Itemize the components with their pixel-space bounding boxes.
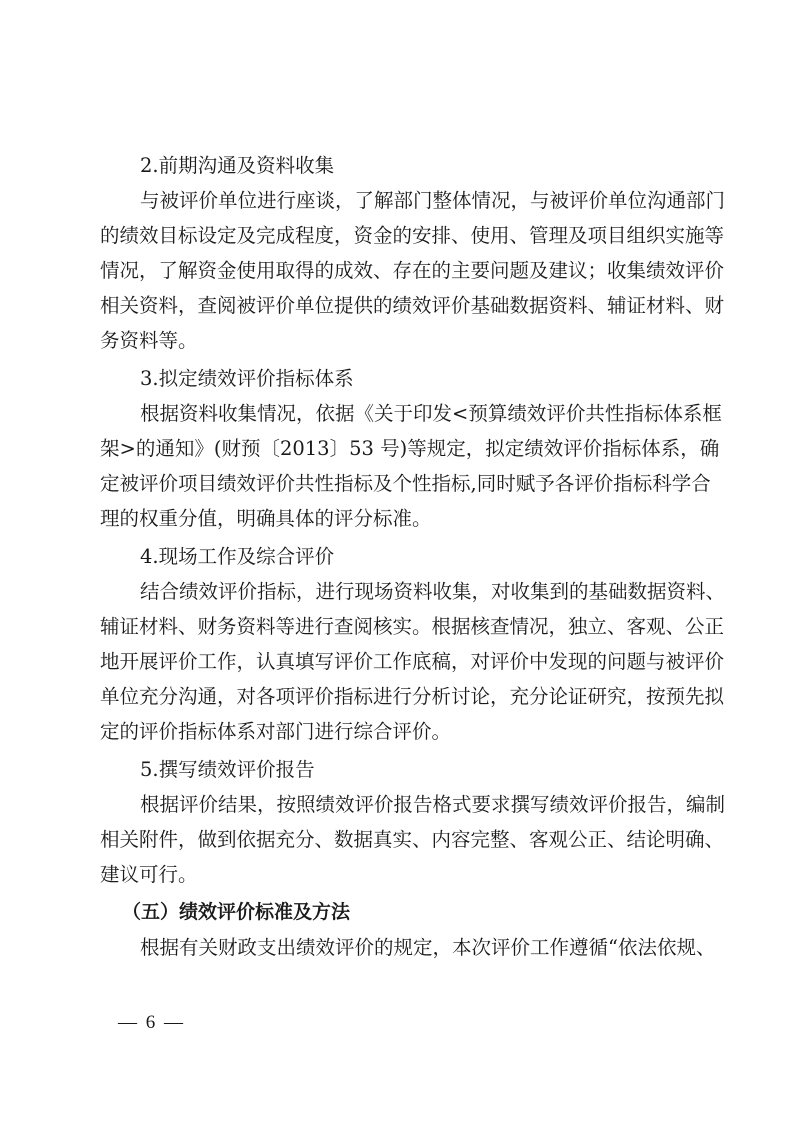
paragraph-line: 建议可行。: [100, 857, 700, 892]
paragraph-line: 辅证材料、财务资料等进行查阅核实。根据核查情况，独立、客观、公正: [100, 609, 700, 644]
paragraph-line: 定被评价项目绩效评价共性指标及个性指标,同时赋予各评价指标科学合: [100, 466, 700, 501]
document-page: 2.前期沟通及资料收集 与被评价单位进行座谈，了解部门整体情况，与被评价单位沟通…: [100, 148, 700, 965]
paragraph-line: 单位充分沟通，对各项评价指标进行分析讨论，充分论证研究，按预先拟: [100, 679, 700, 714]
page-number: — 6 —: [118, 1012, 185, 1034]
paragraph-line: 地开展评价工作，认真填写评价工作底稿，对评价中发现的问题与被评价: [100, 644, 700, 679]
paragraph-line: 情况，了解资金使用取得的成效、存在的主要问题及建议；收集绩效评价: [100, 253, 700, 288]
paragraph-line: 相关附件，做到依据充分、数据真实、内容完整、客观公正、结论明确、: [100, 822, 700, 857]
section-heading: 5.撰写绩效评价报告: [100, 752, 700, 787]
section-heading: 4.现场工作及综合评价: [100, 539, 700, 574]
paragraph-line: 务资料等。: [100, 323, 700, 358]
subsection-heading: （五）绩效评价标准及方法: [100, 895, 700, 930]
paragraph-line: 根据资料收集情况，依据《关于印发<预算绩效评价共性指标体系框: [100, 396, 700, 431]
paragraph-line: 架>的通知》(财预〔2013〕53 号)等规定，拟定绩效评价指标体系，确: [100, 431, 700, 466]
paragraph-line: 定的评价指标体系对部门进行综合评价。: [100, 714, 700, 749]
paragraph-line: 根据评价结果，按照绩效评价报告格式要求撰写绩效评价报告，编制: [100, 787, 700, 822]
paragraph-line: 与被评价单位进行座谈，了解部门整体情况，与被评价单位沟通部门: [100, 183, 700, 218]
paragraph-line: 结合绩效评价指标，进行现场资料收集，对收集到的基础数据资料、: [100, 574, 700, 609]
paragraph-line: 理的权重分值，明确具体的评分标准。: [100, 501, 700, 536]
section-heading: 2.前期沟通及资料收集: [100, 148, 700, 183]
paragraph-line: 的绩效目标设定及完成程度，资金的安排、使用、管理及项目组织实施等: [100, 218, 700, 253]
paragraph-line: 根据有关财政支出绩效评价的规定，本次评价工作遵循“依法依规、: [100, 930, 700, 965]
section-heading: 3.拟定绩效评价指标体系: [100, 361, 700, 396]
paragraph-line: 相关资料，查阅被评价单位提供的绩效评价基础数据资料、辅证材料、财: [100, 288, 700, 323]
